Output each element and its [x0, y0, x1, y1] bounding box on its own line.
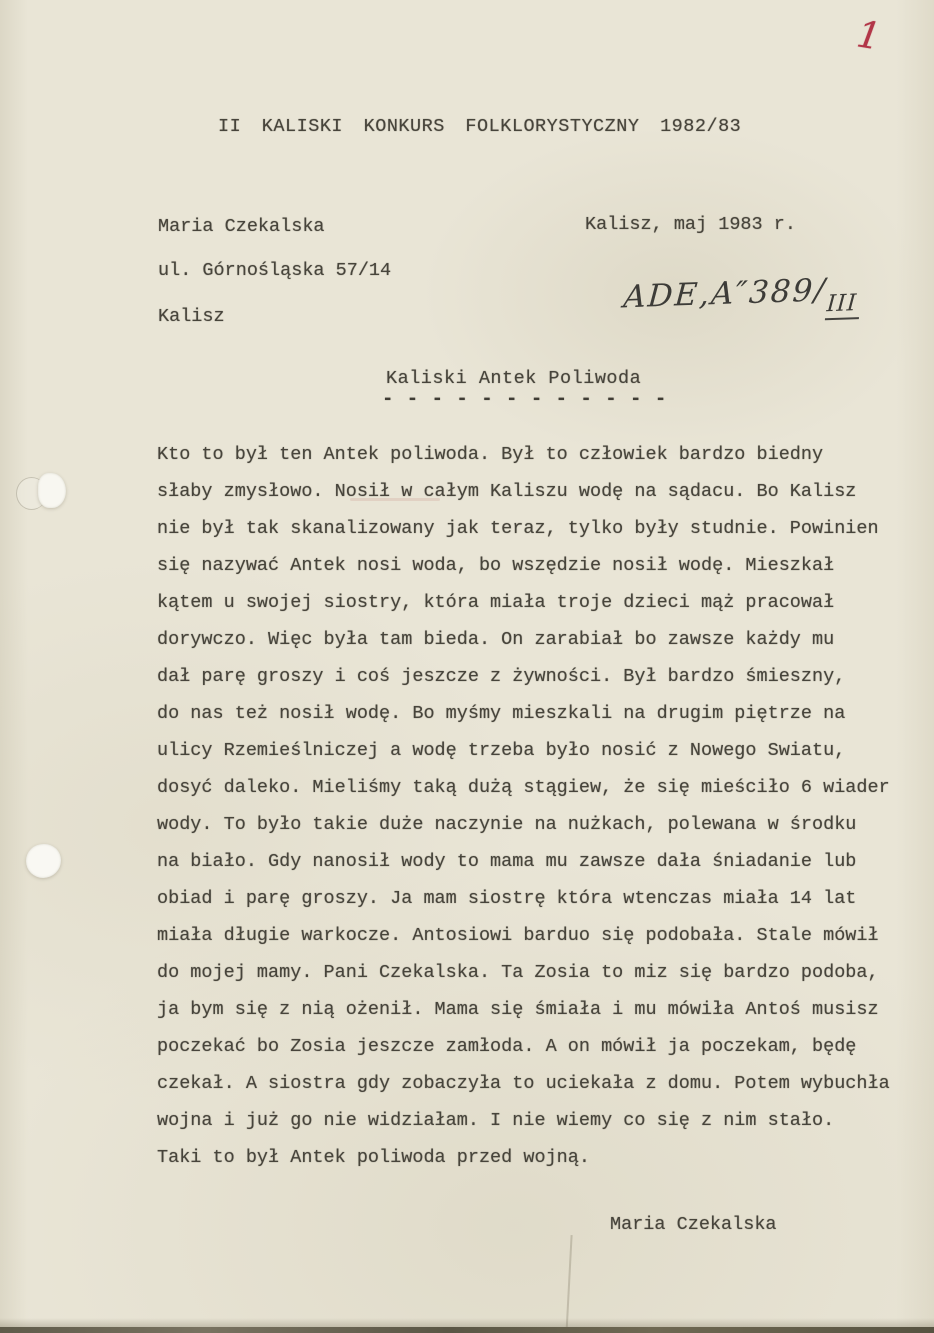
body-line: na biało. Gdy nanosił wody to mama mu za…: [157, 847, 917, 884]
body-line: dorywczo. Więc była tam bieda. On zarabi…: [157, 625, 917, 662]
body-line: Kto to był ten Antek poliwoda. Był to cz…: [157, 440, 917, 477]
sender-street: ul. Górnośląska 57/14: [158, 252, 391, 289]
scanned-document-page: 1 II KALISKI KONKURS FOLKLORYSTYCZNY 198…: [0, 0, 934, 1333]
annotation-main: ADE,A″389/: [622, 272, 828, 315]
annotation-suffix: III: [825, 290, 861, 320]
body-line: wojna i już go nie widziałam. I nie wiem…: [157, 1106, 917, 1143]
body-line: do mojej mamy. Pani Czekalska. Ta Zosia …: [157, 958, 917, 995]
body-line: czekał. A siostra gdy zobaczyła to uciek…: [157, 1069, 917, 1106]
paper-bottom-edge: [0, 1327, 934, 1333]
hole-punch-bottom: [26, 844, 61, 878]
body-line: ja bym się z nią ożenił. Mama się śmiała…: [157, 995, 917, 1032]
signature: Maria Czekalska: [610, 1206, 777, 1243]
document-title: II KALISKI KONKURS FOLKLORYSTYCZNY 1982/…: [218, 108, 741, 145]
body-line: poczekać bo Zosia jeszcze zamłoda. A on …: [157, 1032, 917, 1069]
handwritten-page-number: 1: [854, 12, 884, 58]
body-line: miała długie warkocze. Antosiowi barduo …: [157, 921, 917, 958]
body-line: obiad i parę groszy. Ja mam siostrę któr…: [157, 884, 917, 921]
body-line: wody. To było takie duże naczynie na nuż…: [157, 810, 917, 847]
body-line: nie był tak skanalizowany jak teraz, tyl…: [157, 514, 917, 551]
body-line: słaby zmysłowo. Nosił w całym Kaliszu wo…: [157, 477, 917, 514]
body-paragraph: Kto to był ten Antek poliwoda. Był to cz…: [157, 440, 917, 1180]
body-line: się nazywać Antek nosi woda, bo wszędzie…: [157, 551, 917, 588]
paper-stain: [350, 498, 440, 501]
paper-corner-crease: [0, 0, 6, 118]
body-line: dosyć daleko. Mieliśmy taką dużą stągiew…: [157, 773, 917, 810]
body-line: Taki to był Antek poliwoda przed wojną.: [157, 1143, 917, 1180]
sender-name: Maria Czekalska: [158, 208, 325, 245]
body-line: dał parę groszy i coś jeszcze z żywności…: [157, 662, 917, 699]
body-line: kątem u swojej siostry, która miała troj…: [157, 588, 917, 625]
body-line: do nas też nosił wodę. Bo myśmy mieszkal…: [157, 699, 917, 736]
handwritten-archive-annotation: ADE,A″389/III: [572, 235, 864, 354]
sender-city: Kalisz: [158, 298, 225, 335]
hole-punch-top: [38, 473, 66, 508]
heading-dashed-underline: - - - - - - - - - - - -: [382, 381, 667, 418]
body-line: ulicy Rzemieślniczej a wodę trzeba było …: [157, 736, 917, 773]
